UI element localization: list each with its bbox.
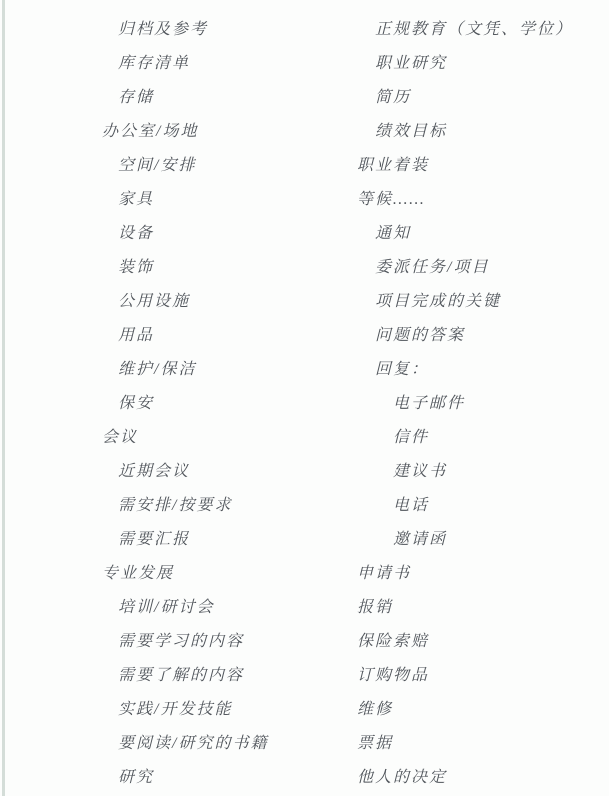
list-row: 研究 他人的决定 [0,761,609,795]
list-item-heading: 申请书 [300,557,411,591]
list-item: 库存清单 [0,47,190,81]
list-item: 信件 [300,421,429,455]
list-item: 近期会议 [0,455,190,489]
list-row: 需要了解的内容 订购物品 [0,659,609,693]
list-item: 职业研究 [300,47,447,81]
list-item: 电子邮件 [300,387,465,421]
list-item: 用品 [0,319,154,353]
list-item-heading: 职业着装 [300,149,429,183]
list-row: 装饰 委派任务/项目 [0,251,609,285]
list-row: 专业发展 申请书 [0,557,609,591]
list-item: 保安 [0,387,154,421]
list-item: 项目完成的关键 [300,285,501,319]
list-item-heading: 订购物品 [300,659,429,693]
list-item-heading: 维修 [300,693,393,727]
scanned-document-page: 归档及参考 正规教育（文凭、学位） 库存清单 职业研究 存储 简历 办公室/场地… [0,0,609,796]
list-row: 归档及参考 正规教育（文凭、学位） [0,13,609,47]
list-item: 需要学习的内容 [0,625,244,659]
list-row: 保安 电子邮件 [0,387,609,421]
list-item: 培训/研讨会 [0,591,214,625]
list-row: 维护/保洁 回复： [0,353,609,387]
list-row: 用品 问题的答案 [0,319,609,353]
checklist-content: 归档及参考 正规教育（文凭、学位） 库存清单 职业研究 存储 简历 办公室/场地… [0,13,609,795]
list-row: 会议 信件 [0,421,609,455]
list-item: 需要了解的内容 [0,659,244,693]
list-row: 办公室/场地 绩效目标 [0,115,609,149]
list-item-heading: 票据 [300,727,393,761]
list-item-heading: 保险索赔 [300,625,429,659]
list-item-heading: 办公室/场地 [0,115,198,149]
list-item: 空间/安排 [0,149,196,183]
list-item: 回复： [300,353,429,387]
list-item-heading: 报销 [300,591,393,625]
list-row: 需安排/按要求 电话 [0,489,609,523]
list-row: 设备 通知 [0,217,609,251]
list-item: 通知 [300,217,411,251]
list-item: 研究 [0,761,154,795]
list-item: 邀请函 [300,523,447,557]
list-item-heading: 等候…… [300,183,425,217]
list-item: 设备 [0,217,154,251]
list-item-heading: 他人的决定 [300,761,447,795]
list-item: 要阅读/研究的书籍 [0,727,268,761]
list-item-heading: 专业发展 [0,557,174,591]
list-row: 存储 简历 [0,81,609,115]
list-row: 要阅读/研究的书籍 票据 [0,727,609,761]
list-row: 实践/开发技能 维修 [0,693,609,727]
list-item: 建议书 [300,455,447,489]
list-item: 需要汇报 [0,523,190,557]
list-row: 需要汇报 邀请函 [0,523,609,557]
list-item: 绩效目标 [300,115,447,149]
list-row: 库存清单 职业研究 [0,47,609,81]
list-item: 归档及参考 [0,13,208,47]
list-item: 实践/开发技能 [0,693,232,727]
list-item-heading: 会议 [0,421,138,455]
list-item: 维护/保洁 [0,353,196,387]
list-item: 电话 [300,489,429,523]
list-row: 空间/安排 职业着装 [0,149,609,183]
list-row: 培训/研讨会 报销 [0,591,609,625]
list-item: 委派任务/项目 [300,251,489,285]
list-item: 公用设施 [0,285,190,319]
list-item: 正规教育（文凭、学位） [300,13,573,47]
list-item: 问题的答案 [300,319,465,353]
list-row: 家具 等候…… [0,183,609,217]
list-row: 近期会议 建议书 [0,455,609,489]
list-item: 家具 [0,183,154,217]
list-item: 装饰 [0,251,154,285]
list-item: 需安排/按要求 [0,489,232,523]
list-item: 存储 [0,81,154,115]
list-item: 简历 [300,81,411,115]
list-row: 公用设施 项目完成的关键 [0,285,609,319]
list-row: 需要学习的内容 保险索赔 [0,625,609,659]
